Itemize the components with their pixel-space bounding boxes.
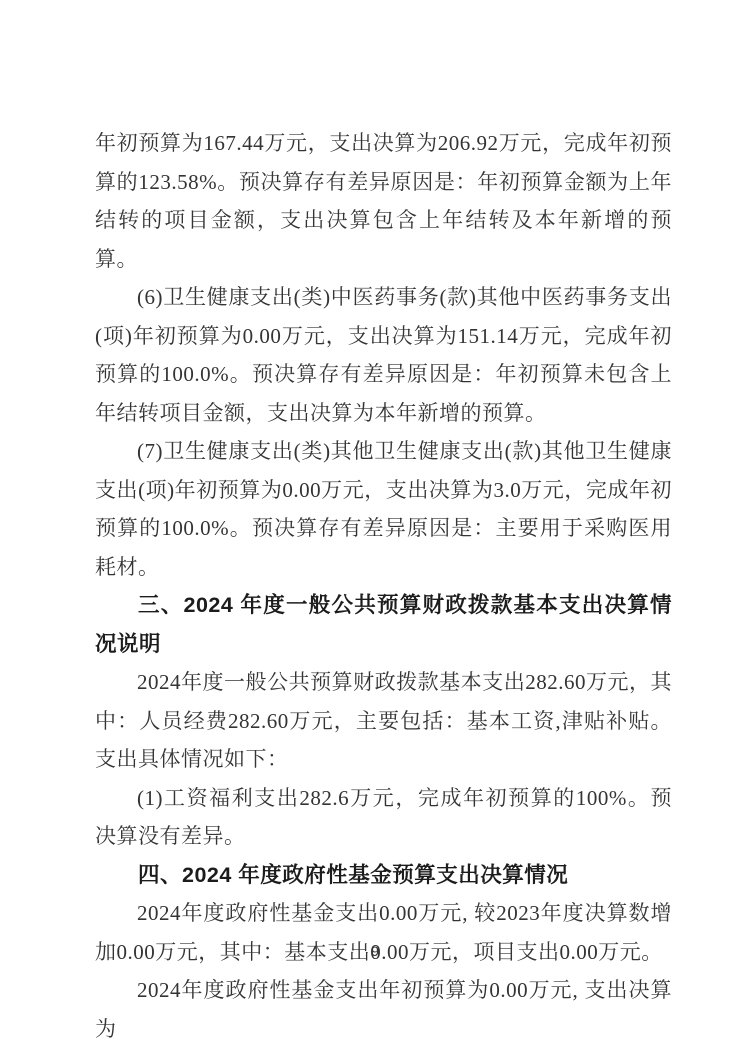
section-heading-4-government-fund: 四、2024 年度政府性基金预算支出决算情况 — [95, 856, 672, 895]
document-body-text: 年初预算为167.44万元，支出决算为206.92万元，完成年初预算的123.5… — [95, 124, 672, 1048]
paragraph-basic-expenditure-summary: 2024年度一般公共预算财政拨款基本支出282.60万元，其中：人员经费282.… — [95, 663, 672, 779]
page-number: 9 — [0, 941, 750, 961]
document-page: 年初预算为167.44万元，支出决算为206.92万元，完成年初预算的123.5… — [0, 0, 750, 1060]
paragraph-item-7-other-health: (7)卫生健康支出(类)其他卫生健康支出(款)其他卫生健康支出(项)年初预算为0… — [95, 432, 672, 586]
section-heading-3-basic-expenditure: 三、2024 年度一般公共预算财政拨款基本支出决算情况说明 — [95, 586, 672, 663]
paragraph-budget-carryover: 年初预算为167.44万元，支出决算为206.92万元，完成年初预算的123.5… — [95, 124, 672, 278]
paragraph-item-6-tcm-affairs: (6)卫生健康支出(类)中医药事务(款)其他中医药事务支出(项)年初预算为0.0… — [95, 278, 672, 432]
paragraph-item-1-wages-welfare: (1)工资福利支出282.6万元，完成年初预算的100%。预决算没有差异。 — [95, 779, 672, 856]
paragraph-government-fund-budget: 2024年度政府性基金支出年初预算为0.00万元, 支出决算为 — [95, 971, 672, 1048]
